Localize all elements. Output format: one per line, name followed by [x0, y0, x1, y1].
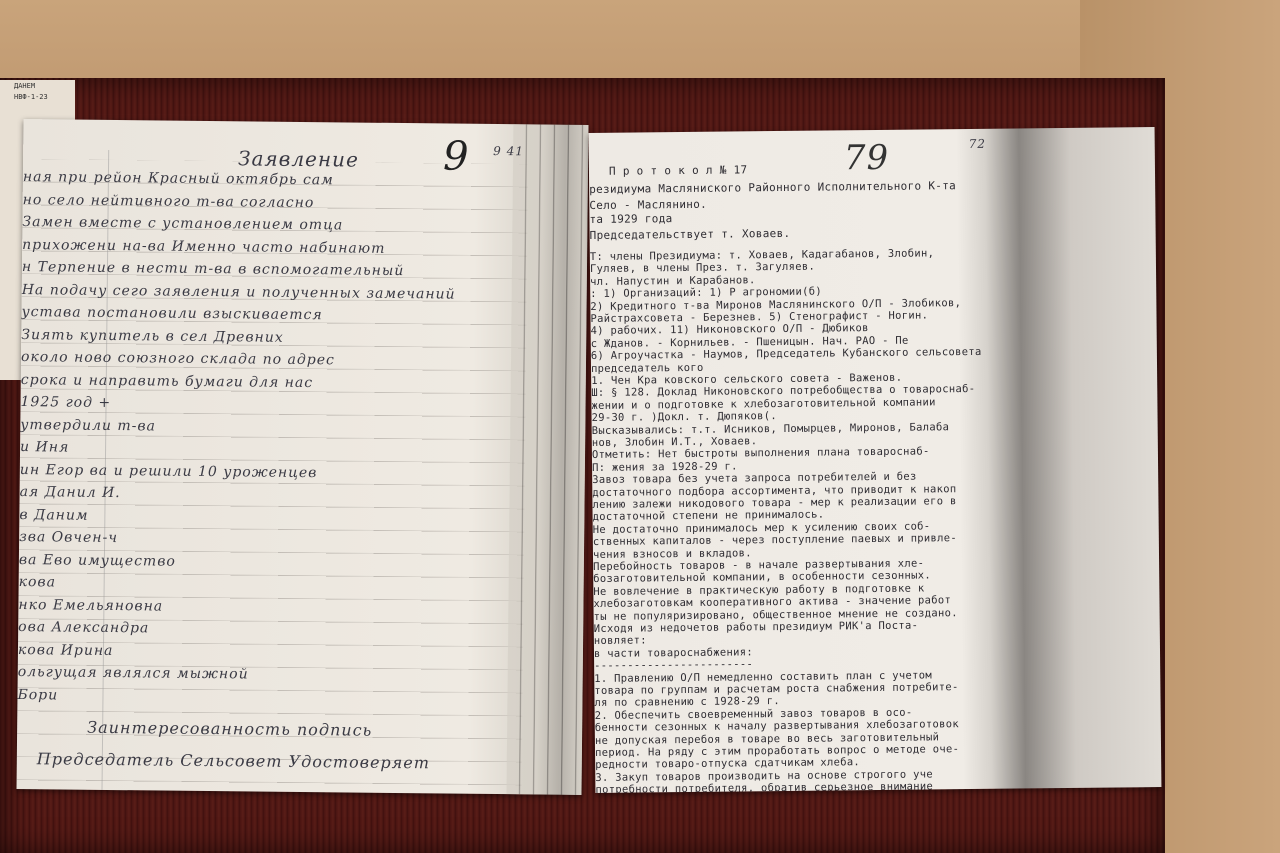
typed-line: Отметить: Нет быстроты выполнения плана …: [592, 446, 930, 462]
typed-line: чения взносов и вкладов.: [593, 547, 752, 561]
typed-line: председатель кого: [591, 361, 704, 374]
label-line-2: НВФ-1-23: [0, 91, 75, 102]
typed-protocol-document: 79 72 П р о т о к о л № 17 резидиума Мас…: [589, 127, 1162, 793]
handwritten-line: около ново союзного склада по адрес: [21, 349, 335, 368]
header-line: резидиума Масляниского Районного Исполни…: [589, 179, 956, 196]
handwritten-line: Бори: [17, 687, 58, 703]
typed-line: Гуляев, в члены През. т. Загуляев.: [590, 261, 815, 275]
chair-line: Председательствует т. Ховаев.: [590, 227, 791, 242]
typed-line: Высказывались: т.т. Исников, Помырцев, М…: [592, 421, 950, 437]
label-line-1: ДАНЕМ: [0, 80, 75, 91]
handwritten-line: устава постановили взыскивается: [21, 304, 322, 323]
handwritten-line: срока и направить бумаги для нас: [21, 372, 313, 391]
handwritten-line: зва Овчен-ч: [19, 529, 118, 546]
handwritten-line: Зиять купитель в сел Древних: [21, 327, 284, 346]
typed-line: ------------------------: [594, 658, 753, 672]
handwritten-line: но село нейтивного т-ва согласно: [23, 192, 315, 211]
handwritten-line: ная при рейон Красный октябрь сам: [23, 169, 334, 188]
document-title: Заявление: [238, 146, 359, 171]
handwritten-line: в Даним: [19, 507, 88, 524]
handwritten-line: ова Александра: [18, 619, 149, 636]
typed-line: ственных капиталов - через поступление п…: [593, 532, 957, 548]
handwritten-line: и Иня: [20, 439, 69, 456]
handwritten-line: утвердили т-ва: [20, 417, 156, 434]
handwritten-line: кова Ирина: [18, 642, 114, 659]
handwritten-line: ин Егор ва и решили 10 уроженцев: [20, 462, 318, 481]
handwritten-line: Замен вместе с установлением отца: [22, 214, 343, 233]
ledger-column: [506, 124, 588, 795]
typed-line: новляет:: [594, 635, 647, 648]
page-number: 79: [844, 138, 890, 178]
page-number: 9: [443, 133, 470, 179]
handwritten-line: ольгущая являлся мыжной: [18, 664, 249, 682]
typed-line: П: жения за 1928-29 г.: [592, 460, 738, 474]
handwritten-line: ва Ево имущество: [19, 552, 176, 570]
header-line: Село - Маслянино.: [589, 198, 707, 212]
typed-line: в части товароснабжения:: [594, 646, 753, 660]
handwritten-line: кова: [19, 574, 56, 590]
protocol-title: П р о т о к о л № 17: [609, 163, 748, 177]
handwritten-line: нко Емельяновна: [18, 597, 163, 615]
handwritten-document: Заявление 9 9 41 ная при рейон Красный о…: [17, 119, 589, 795]
handwritten-line: 1925 год +: [20, 394, 111, 411]
page-number-small: 72: [969, 137, 986, 151]
header-line: та 1929 года: [589, 212, 672, 226]
signature-line-1: Заинтересованность подпись: [87, 718, 372, 740]
handwritten-line: ая Данил И.: [20, 484, 121, 501]
typed-line: Исходя из недочетов работы президиум РИК…: [594, 620, 919, 635]
page-number-small: 9 41: [493, 144, 524, 158]
